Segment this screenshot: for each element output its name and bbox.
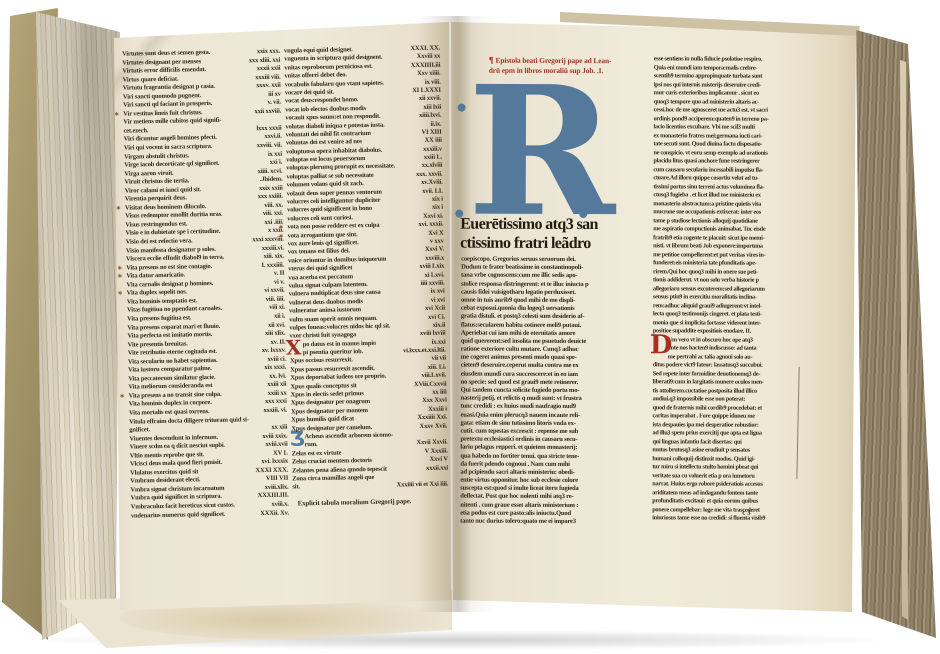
body-text-line: iniuriosus tame esse no credidi: si flue…: [652, 514, 795, 523]
epistle-column-2: D esse sentiens in nulla fiducie psolati…: [652, 55, 797, 523]
illuminated-initial-R: R: [467, 86, 597, 226]
salutation-line2: ctissimo fratri leãdro: [460, 234, 660, 254]
salutation-line1: Euerētissimo atq3 san: [460, 215, 660, 235]
margin-annotation-line: [796, 367, 799, 479]
quire-signature: c 3: [742, 509, 750, 517]
book-photograph: Virtutes sunt deus et semen gesta.xxix x…: [0, 0, 940, 654]
initial-ornament-dot: [458, 104, 466, 112]
lombardic-initial-d: D: [650, 333, 673, 357]
initial-ornament-dot: [564, 100, 572, 108]
right-page-text-layer: ¶Epistola beati Gregorij pape ad Lean- d…: [0, 0, 940, 654]
epistle-column-1: coepiscopo. Gregorius seruus seruorum de…: [460, 256, 649, 527]
body-text-line: tanto nuc durius tolero:quato me ei impa…: [460, 518, 648, 527]
salutation-heading: Euerētissimo atq3 san ctissimo fratri le…: [460, 215, 660, 254]
